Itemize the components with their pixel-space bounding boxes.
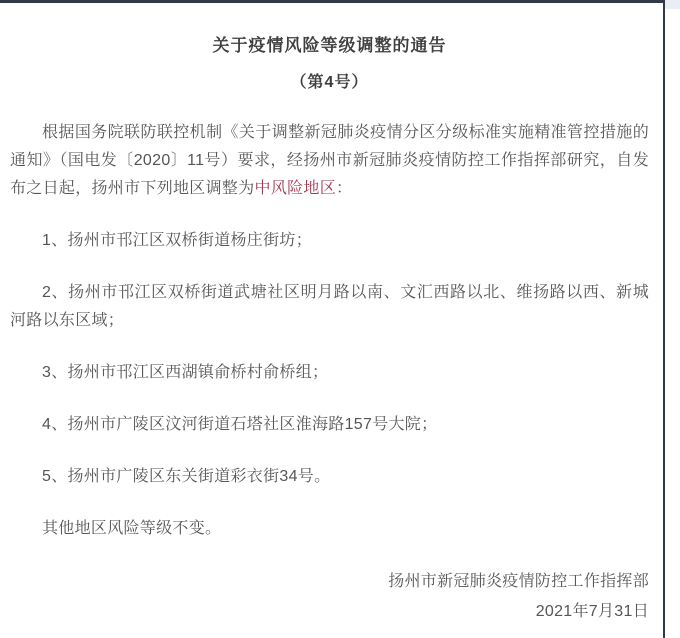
issue-date: 2021年7月31日 [10,597,649,627]
screenshot-canvas: 关于疫情风险等级调整的通告 （第4号） 根据国务院联防联控机制《关于调整新冠肺炎… [0,0,680,638]
notice-title: 关于疫情风险等级调整的通告 [10,31,649,56]
signature-block: 扬州市新冠肺炎疫情防控工作指挥部 2021年7月31日 [10,567,649,627]
area-item-3: 3、扬州市邗江区西湖镇俞桥村俞桥组； [10,359,649,387]
notice-subtitle: （第4号） [10,69,649,92]
closing-note: 其他地区风险等级不变。 [10,515,649,543]
notice-document: 关于疫情风险等级调整的通告 （第4号） 根据国务院联防联控机制《关于调整新冠肺炎… [0,0,665,638]
notice-intro: 根据国务院联防联控机制《关于调整新冠肺炎疫情分区分级标准实施精准管控措施的通知》… [10,119,649,203]
intro-text-after: ： [336,180,352,197]
area-item-2: 2、扬州市邗江区双桥街道武塘社区明月路以南、文汇西路以北、维扬路以西、新城河路以… [10,279,649,335]
area-item-5: 5、扬州市广陵区东关街道彩衣街34号。 [10,463,649,491]
page-background-strip [665,0,680,9]
area-item-1: 1、扬州市邗江区双桥街道杨庄街坊； [10,227,649,255]
area-item-4: 4、扬州市广陵区汶河街道石塔社区淮海路157号大院； [10,411,649,439]
risk-level-highlight: 中风险地区 [255,180,337,197]
issuer-name: 扬州市新冠肺炎疫情防控工作指挥部 [10,567,649,597]
